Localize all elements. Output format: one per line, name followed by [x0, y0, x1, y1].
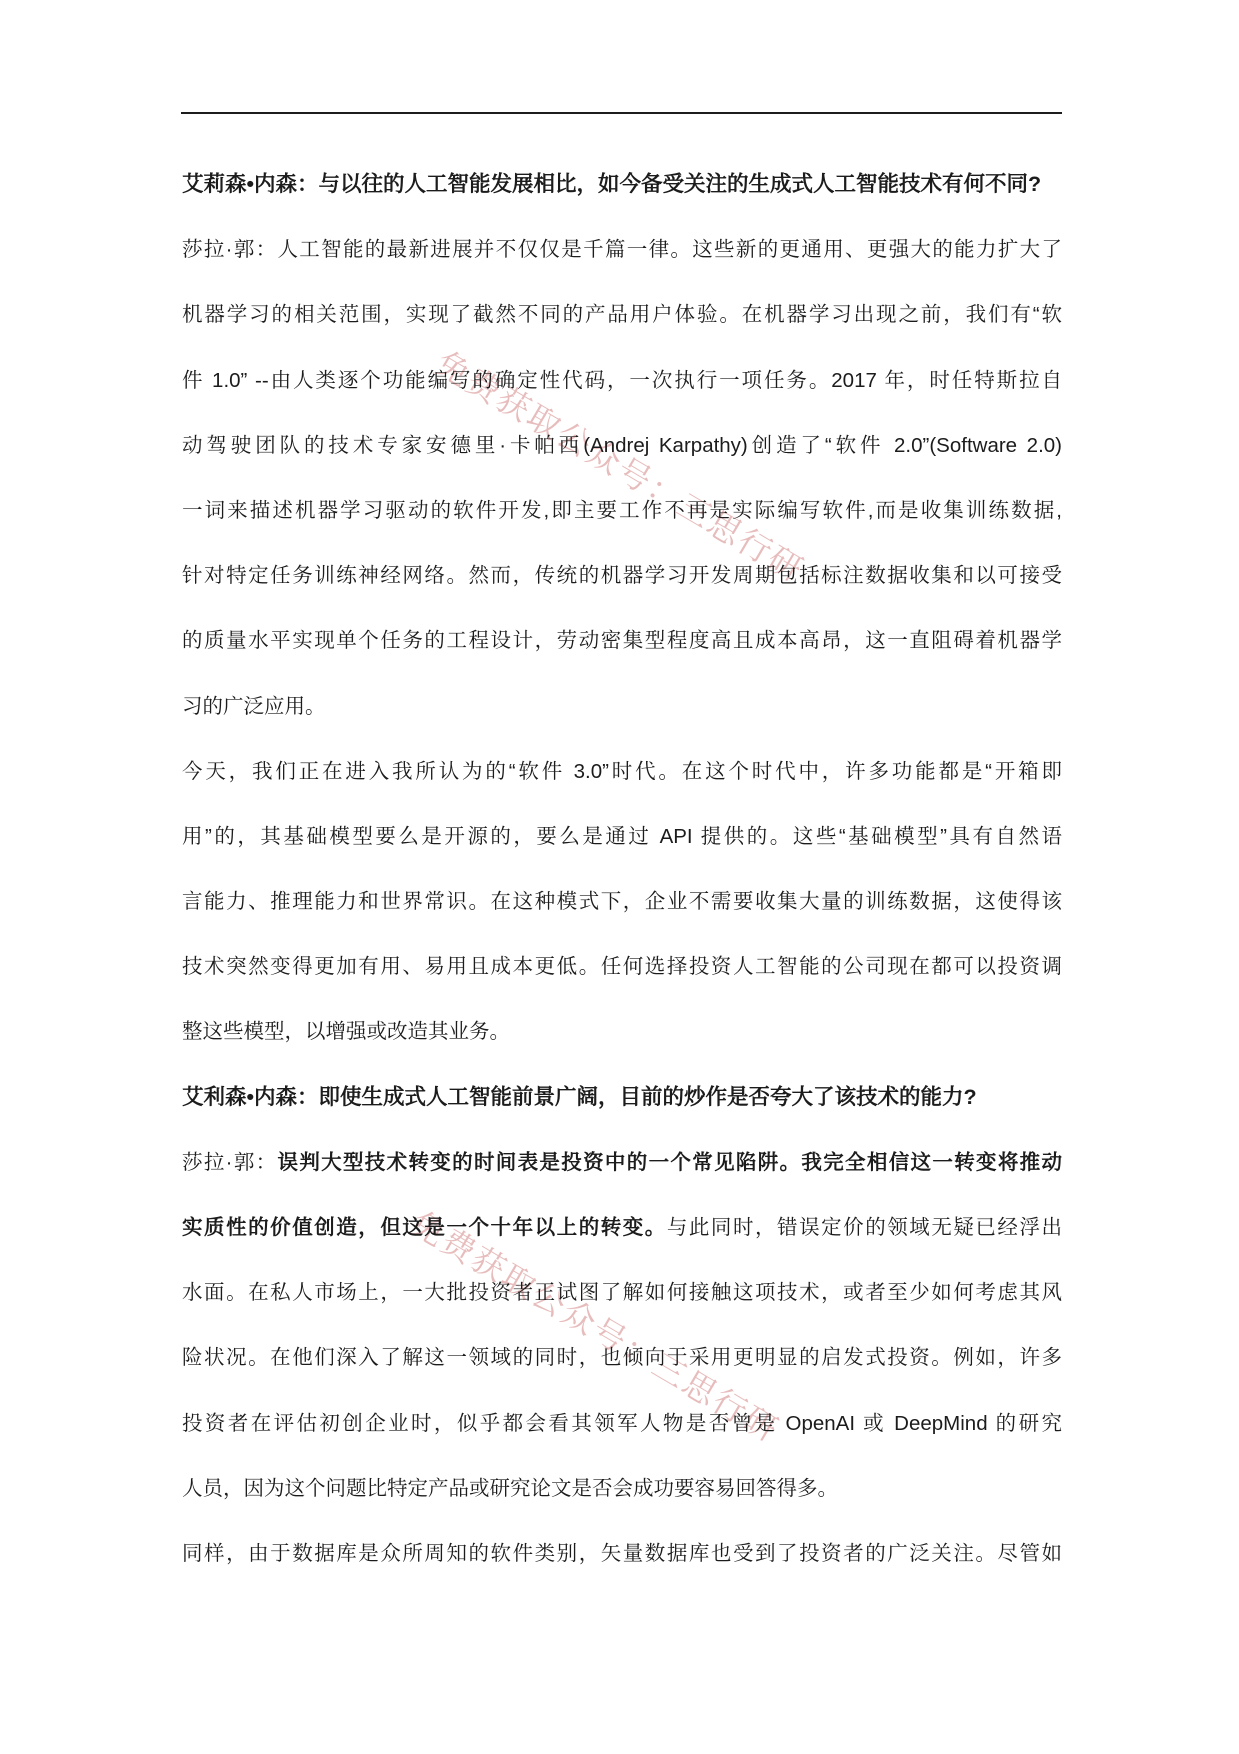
- text-segment: 整这些模型，以增强或改造其业务。: [182, 1020, 510, 1043]
- text-segment: 莎拉·郭：人工智能的最新进展并不仅仅是千篇一律。这些新的更通用、更强大的能力扩大…: [182, 238, 1062, 261]
- question-heading: 艾莉森•内森：与以往的人工智能发展相比，如今备受关注的生成式人工智能技术有何不同…: [182, 152, 1062, 217]
- text-line: 针对特定任务训练神经网络。然而，传统的机器学习开发周期包括标注数据收集和以可接受: [182, 543, 1062, 608]
- text-line: 莎拉·郭：人工智能的最新进展并不仅仅是千篇一律。这些新的更通用、更强大的能力扩大…: [182, 217, 1062, 282]
- text-line: 习的广泛应用。: [182, 674, 1062, 739]
- text-segment: 莎拉·郭：: [182, 1151, 277, 1174]
- document-text-block: 艾莉森•内森：与以往的人工智能发展相比，如今备受关注的生成式人工智能技术有何不同…: [182, 152, 1062, 1586]
- text-segment: 言能力、推理能力和世界常识。在这种模式下，企业不需要收集大量的训练数据，这使得该: [182, 890, 1062, 913]
- text-line: 动驾驶团队的技术专家安德里·卡帕西(Andrej Karpathy)创造了“软件…: [182, 413, 1062, 478]
- text-line: 投资者在评估初创企业时，似乎都会看其领军人物是否曾是 OpenAI 或 Deep…: [182, 1391, 1062, 1456]
- text-line: 件 1.0” --由人类逐个功能编写的确定性代码，一次执行一项任务。2017 年…: [182, 348, 1062, 413]
- text-segment: 艾莉森•内森：与以往的人工智能发展相比，如今备受关注的生成式人工智能技术有何不同…: [182, 172, 1041, 196]
- text-line: 言能力、推理能力和世界常识。在这种模式下，企业不需要收集大量的训练数据，这使得该: [182, 869, 1062, 934]
- text-segment: 误判大型技术转变的时间表是投资中的一个常见陷阱。我完全相信这一转变将推动: [277, 1151, 1062, 1174]
- text-segment: 今天，我们正在进入我所认为的“软件 3.0”时代。在这个时代中，许多功能都是“开…: [182, 760, 1062, 783]
- text-line: 同样，由于数据库是众所周知的软件类别，矢量数据库也受到了投资者的广泛关注。尽管如: [182, 1521, 1062, 1586]
- text-line: 险状况。在他们深入了解这一领域的同时，也倾向于采用更明显的启发式投资。例如，许多: [182, 1325, 1062, 1390]
- text-line: 莎拉·郭：误判大型技术转变的时间表是投资中的一个常见陷阱。我完全相信这一转变将推…: [182, 1130, 1062, 1195]
- text-segment: 机器学习的相关范围，实现了截然不同的产品用户体验。在机器学习出现之前，我们有“软: [182, 303, 1062, 326]
- text-segment: 同样，由于数据库是众所周知的软件类别，矢量数据库也受到了投资者的广泛关注。尽管如: [182, 1542, 1062, 1565]
- question-heading: 艾利森•内森：即使生成式人工智能前景广阔，目前的炒作是否夸大了该技术的能力?: [182, 1065, 1062, 1130]
- text-segment: 习的广泛应用。: [182, 695, 326, 718]
- text-line: 一词来描述机器学习驱动的软件开发,即主要工作不再是实际编写软件,而是收集训练数据…: [182, 478, 1062, 543]
- text-segment: 水面。在私人市场上，一大批投资者正试图了解如何接触这项技术，或者至少如何考虑其风: [182, 1281, 1062, 1304]
- text-segment: 投资者在评估初创企业时，似乎都会看其领军人物是否曾是 OpenAI 或 Deep…: [182, 1412, 1062, 1435]
- text-segment: 人员，因为这个问题比特定产品或研究论文是否会成功要容易回答得多。: [182, 1477, 838, 1500]
- text-segment: 用”的，其基础模型要么是开源的，要么是通过 API 提供的。这些“基础模型”具有…: [182, 825, 1062, 848]
- text-segment: 技术突然变得更加有用、易用且成本更低。任何选择投资人工智能的公司现在都可以投资调: [182, 955, 1062, 978]
- text-segment: 与此同时，错误定价的领域无疑已经浮出: [667, 1216, 1062, 1239]
- text-line: 实质性的价值创造，但这是一个十年以上的转变。与此同时，错误定价的领域无疑已经浮出: [182, 1195, 1062, 1260]
- text-segment: 的质量水平实现单个任务的工程设计，劳动密集型程度高且成本高昂，这一直阻碍着机器学: [182, 629, 1062, 652]
- text-line: 机器学习的相关范围，实现了截然不同的产品用户体验。在机器学习出现之前，我们有“软: [182, 282, 1062, 347]
- document-page: 免费获取公众号：三思行研免费获取公众号：三思行研 艾莉森•内森：与以往的人工智能…: [0, 0, 1239, 1754]
- header-rule: [181, 112, 1062, 114]
- text-line: 今天，我们正在进入我所认为的“软件 3.0”时代。在这个时代中，许多功能都是“开…: [182, 739, 1062, 804]
- text-segment: 一词来描述机器学习驱动的软件开发,即主要工作不再是实际编写软件,而是收集训练数据…: [182, 499, 1062, 522]
- text-line: 整这些模型，以增强或改造其业务。: [182, 999, 1062, 1064]
- text-segment: 险状况。在他们深入了解这一领域的同时，也倾向于采用更明显的启发式投资。例如，许多: [182, 1346, 1062, 1369]
- text-segment: 动驾驶团队的技术专家安德里·卡帕西(Andrej Karpathy)创造了“软件…: [182, 434, 1062, 457]
- text-segment: 针对特定任务训练神经网络。然而，传统的机器学习开发周期包括标注数据收集和以可接受: [182, 564, 1062, 587]
- text-line: 水面。在私人市场上，一大批投资者正试图了解如何接触这项技术，或者至少如何考虑其风: [182, 1260, 1062, 1325]
- text-segment: 件 1.0” --由人类逐个功能编写的确定性代码，一次执行一项任务。2017 年…: [182, 369, 1062, 392]
- text-line: 的质量水平实现单个任务的工程设计，劳动密集型程度高且成本高昂，这一直阻碍着机器学: [182, 608, 1062, 673]
- text-line: 用”的，其基础模型要么是开源的，要么是通过 API 提供的。这些“基础模型”具有…: [182, 804, 1062, 869]
- text-line: 人员，因为这个问题比特定产品或研究论文是否会成功要容易回答得多。: [182, 1456, 1062, 1521]
- text-segment: 实质性的价值创造，但这是一个十年以上的转变。: [182, 1216, 667, 1239]
- text-segment: 艾利森•内森：即使生成式人工智能前景广阔，目前的炒作是否夸大了该技术的能力?: [182, 1085, 977, 1109]
- text-line: 技术突然变得更加有用、易用且成本更低。任何选择投资人工智能的公司现在都可以投资调: [182, 934, 1062, 999]
